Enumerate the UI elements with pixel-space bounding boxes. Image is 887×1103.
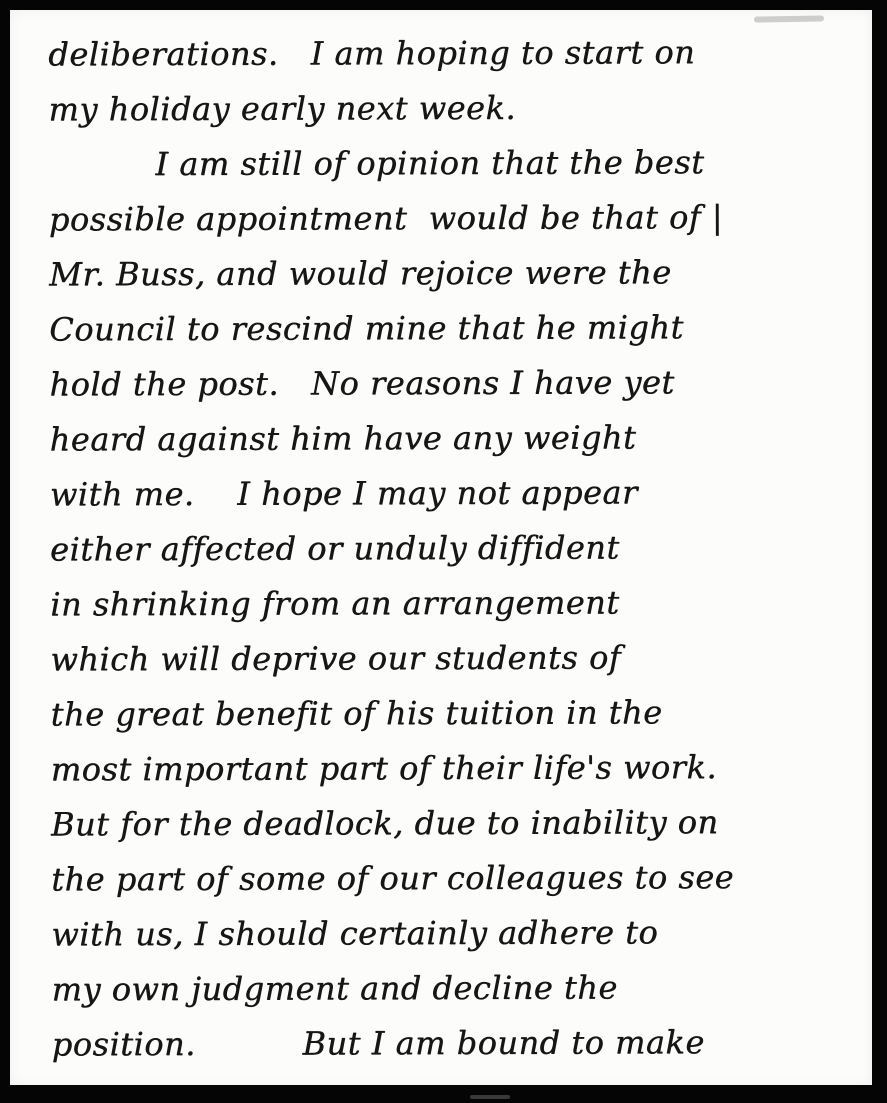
handwritten-line: hold the post. No reasons I have yet bbox=[49, 355, 861, 413]
handwritten-line: most important part of their life's work… bbox=[51, 740, 863, 798]
handwritten-line: Mr. Buss, and would rejoice were the bbox=[49, 245, 861, 303]
letter-page: deliberations. I am hoping to start onmy… bbox=[10, 10, 872, 1085]
scan-artifact-bottom bbox=[470, 1095, 510, 1099]
letter-text: deliberations. I am hoping to start onmy… bbox=[48, 25, 864, 1073]
handwritten-line: which will deprive our students of bbox=[50, 630, 862, 688]
handwritten-line: my holiday early next week. bbox=[48, 80, 860, 138]
scanned-letter-frame: deliberations. I am hoping to start onmy… bbox=[0, 0, 887, 1103]
handwritten-line: the great benefit of his tuition in the bbox=[50, 685, 862, 743]
handwritten-line: my own judgment and decline the bbox=[51, 960, 863, 1018]
handwritten-line: deliberations. I am hoping to start on bbox=[48, 25, 860, 83]
handwritten-line: with me. I hope I may not appear bbox=[50, 465, 862, 523]
handwritten-line: position. But I am bound to make bbox=[52, 1015, 864, 1073]
handwritten-line: possible appointment would be that of | bbox=[49, 190, 861, 248]
handwritten-line: either affected or unduly diffident bbox=[50, 520, 862, 578]
handwritten-line: in shrinking from an arrangement bbox=[50, 575, 862, 633]
handwritten-line: heard against him have any weight bbox=[50, 410, 862, 468]
handwritten-line: But for the deadlock, due to inability o… bbox=[51, 795, 863, 853]
handwritten-line: I am still of opinion that the best bbox=[49, 135, 861, 193]
handwritten-line: Council to rescind mine that he might bbox=[49, 300, 861, 358]
scan-artifact bbox=[754, 15, 824, 22]
handwritten-line: the part of some of our colleagues to se… bbox=[51, 850, 863, 908]
handwritten-line: with us, I should certainly adhere to bbox=[51, 905, 863, 963]
